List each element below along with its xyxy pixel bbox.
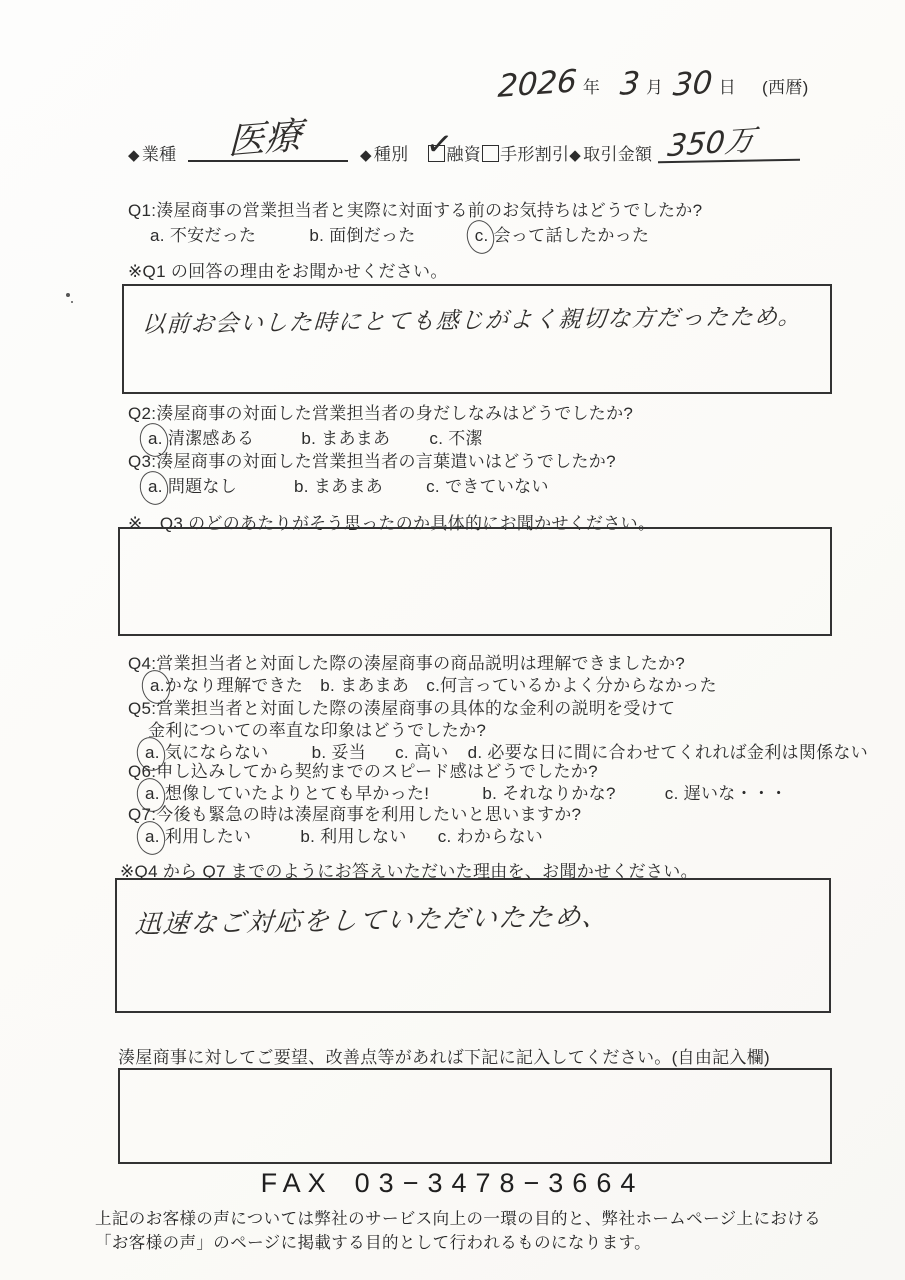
checkbox-bill-discount: ✓ (482, 145, 499, 162)
scanned-survey-form: 2026 年 3 月 30 日 (西暦) ◆業種 医療 ◆種別 ✓融資✓手形割引… (0, 0, 905, 1280)
date-month-handwritten: 3 (619, 65, 641, 103)
option-label: 利用したい (165, 827, 252, 846)
question-q7-options: a. 利用したい b. 利用しない c. わからない (145, 822, 543, 847)
option-marker-b: b. (300, 827, 315, 847)
option-marker-c: c. (426, 676, 440, 696)
option-marker-b: b. (294, 477, 309, 497)
option-label: 利用しない (320, 827, 407, 846)
option-label: できていない (445, 477, 549, 496)
amount-label-text: 取引金額 (583, 145, 652, 164)
fax-line: FAX03−3478−3664 (0, 1168, 905, 1199)
option-label: 何言っているかよく分からなかった (440, 676, 717, 695)
note-q1-reason: ※Q1 の回答の理由をお聞かせください。 (128, 257, 448, 282)
free-comment-box (118, 1068, 832, 1164)
option-label: 面倒だった (329, 226, 416, 245)
date-month-unit: 月 (646, 73, 663, 102)
option-label: 不潔 (448, 429, 483, 448)
question-q1-text: Q1:湊屋商事の営業担当者と実際に対面する前のお気持ちはどうでしたか? (128, 196, 702, 221)
free-comment-label: 湊屋商事に対してご要望、改善点等があれば下記に記入してください。(自由記入欄) (118, 1043, 770, 1068)
option-marker-a: a. (150, 226, 165, 246)
question-q1-options: a. 不安だった b. 面倒だった c. 会って話したかった (150, 221, 649, 246)
footer-notice-line1: 上記のお客様の声については弊社のサービス向上の一環の目的と、弊社ホームページ上に… (95, 1205, 821, 1229)
option-marker-b: b. (309, 226, 324, 246)
question-q3-options: a. 問題なし b. まあまあ c. できていない (148, 472, 549, 497)
option-marker-c: c. (475, 226, 489, 246)
date-year-handwritten: 2026 (497, 63, 578, 105)
option-label: かなり理解できた (165, 676, 303, 695)
answer-box-q4-q7: 迅速なご対応をしていただいたため、 (115, 878, 831, 1013)
option-marker-c: c. (665, 784, 679, 804)
checkbox-finance: ✓ (428, 145, 445, 162)
option-label: まあまあ (321, 429, 390, 448)
date-day-handwritten: 30 (672, 64, 714, 103)
checkmark-icon: ✓ (425, 124, 456, 165)
option-marker-c: c. (429, 429, 443, 449)
option-label: まあまあ (314, 477, 383, 496)
date-day-unit: 日 (719, 73, 736, 102)
industry-underline (188, 159, 348, 162)
field-industry-label: ◆業種 (128, 140, 176, 165)
industry-value-handwritten: 医療 (228, 105, 303, 166)
option-label: 清潔感ある (168, 429, 255, 448)
option-marker-a: a. (150, 676, 165, 696)
amount-value-handwritten: 350万 (666, 115, 758, 166)
industry-label-text: 業種 (142, 145, 177, 164)
category-option-bill-discount: 手形割引 (500, 145, 569, 164)
answer-box-q3 (118, 527, 832, 636)
option-label: まあまあ (340, 676, 409, 695)
option-marker-c: c. (426, 477, 440, 497)
fax-number: 03−3478−3664 (355, 1168, 645, 1198)
question-q2-text: Q2:湊屋商事の対面した営業担当者の身だしなみはどうでしたか? (128, 399, 633, 424)
option-label: 問題なし (168, 477, 237, 496)
option-marker-a: a. (145, 827, 160, 847)
date-line: 2026 年 3 月 30 日 (西暦) (498, 66, 809, 102)
question-q2-options: a. 清潔感ある b. まあまあ c. 不潔 (148, 424, 483, 449)
option-marker-c: c. (438, 827, 452, 847)
fax-label: FAX (261, 1168, 333, 1198)
option-label: 会って話したかった (494, 226, 650, 245)
answer-q1-handwritten: 以前お会いした時にとても感じがよく親切な方だったため。 (141, 298, 803, 339)
option-label: 不安だった (170, 226, 257, 245)
option-label: 遅いな・・・ (684, 784, 788, 803)
field-category: ◆種別 ✓融資✓手形割引◆取引金額 (360, 140, 652, 165)
question-q3-text: Q3:湊屋商事の対面した営業担当者の言葉遣いはどうでしたか? (128, 447, 616, 472)
footer-notice-line2: 「お客様の声」のページに掲載する目的として行われるものになります。 (95, 1229, 651, 1253)
date-era-note: (西暦) (762, 73, 809, 102)
option-label: わからない (457, 827, 544, 846)
option-marker-b: b. (320, 676, 335, 696)
ink-speck (71, 301, 73, 303)
category-label-text: 種別 (374, 145, 409, 164)
option-marker-a: a. (148, 477, 163, 497)
diamond-icon: ◆ (360, 147, 372, 164)
answer-q4-q7-handwritten: 迅速なご対応をしていただいたため、 (133, 896, 611, 941)
diamond-icon: ◆ (569, 147, 581, 164)
date-year-unit: 年 (583, 73, 600, 102)
answer-box-q1: 以前お会いした時にとても感じがよく親切な方だったため。 (122, 284, 832, 394)
ink-speck (66, 293, 70, 297)
option-marker-a: a. (148, 429, 163, 449)
question-q4-options: a.かなり理解できた b. まあまあ c.何言っているかよく分からなかった (150, 671, 717, 696)
diamond-icon: ◆ (128, 147, 140, 164)
option-marker-b: b. (301, 429, 316, 449)
